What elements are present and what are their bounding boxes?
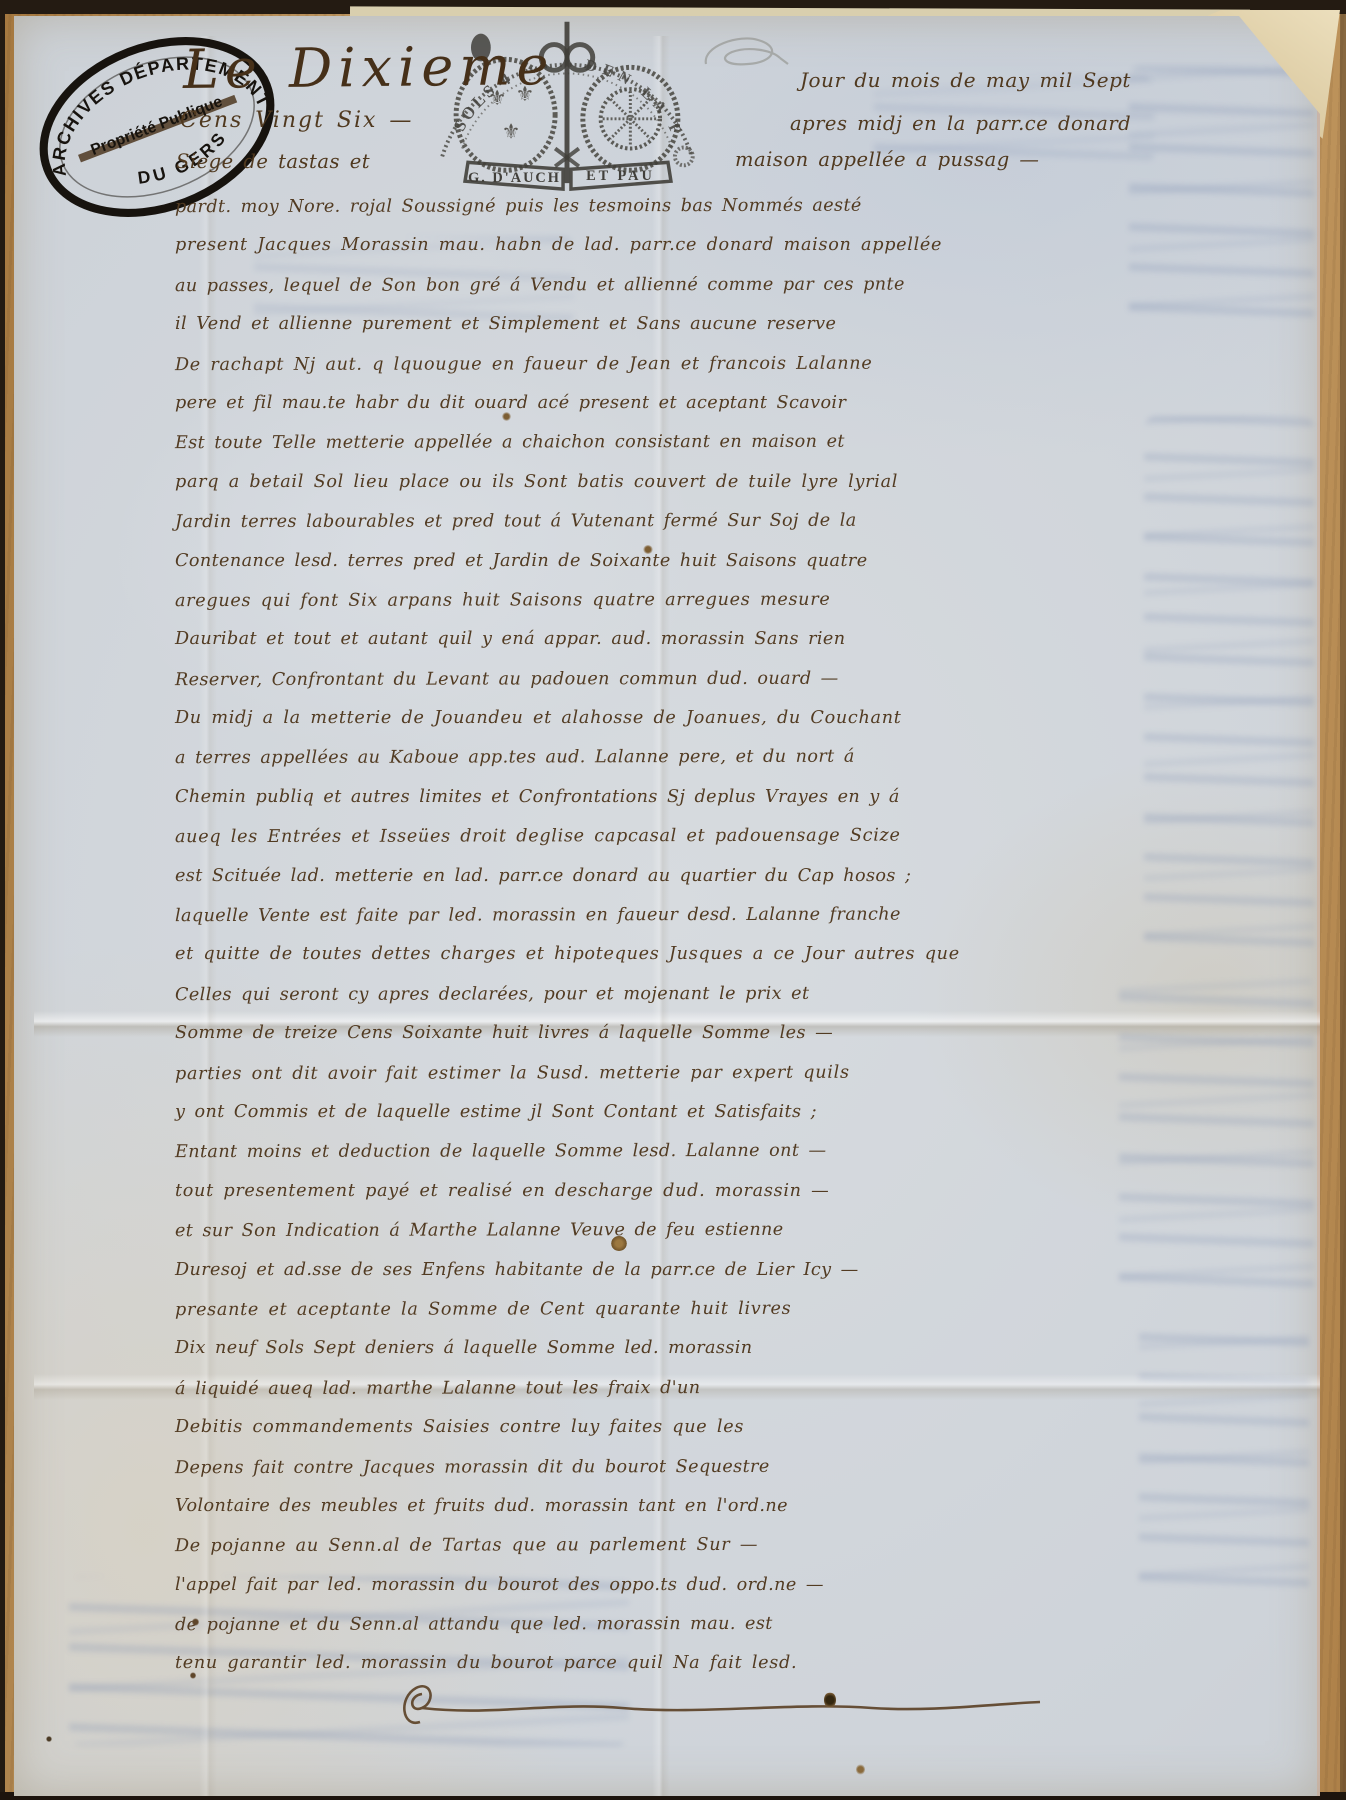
manuscript-line: Est toute Telle metterie appellée a chai… [175,431,1270,473]
scan-frame-left [0,0,5,1800]
fleur-de-lis-icon: ⚜ [502,120,521,144]
paper-hole [824,1692,836,1708]
manuscript-line: pere et fil mau.te habr du dit ouard acé… [175,393,1270,432]
paper-stain [192,1618,199,1626]
opening-line3-left: Siege de tastas et [176,150,370,173]
manuscript-body: pardt. moy Nore. rojal Soussigné puis le… [175,196,1270,1693]
manuscript-line: et sur Son Indication á Marthe Lalanne V… [175,1219,1270,1261]
seal-arc-text-right: DEN LA F [584,57,687,142]
manuscript-line: Duresoj et ad.sse de ses Enfens habitant… [175,1260,1270,1299]
seal-wheel-spokes [603,91,658,146]
paper-stain [46,1736,52,1742]
manuscript-line: Volontaire des meubles et fruits dud. mo… [175,1496,1270,1535]
manuscript-line: Dix neuf Sols Sept deniers á laquelle So… [175,1338,1270,1377]
manuscript-line: Contenance lesd. terres pred et Jardin d… [175,551,1270,590]
manuscript-line: De rachapt Nj aut. q lquougue en faueur … [175,352,1270,394]
manuscript-line: Celles qui seront cy apres declarées, po… [175,983,1270,1025]
manuscript-line: de pojanne et du Senn.al attandu que led… [175,1613,1270,1655]
paper-stain [502,412,511,421]
seal-banner-right-text: ET PAU [586,168,655,184]
manuscript-line: laquelle Vente est faite par led. morass… [175,904,1270,946]
paper-stain [190,1672,196,1679]
manuscript-line: Jardin terres labourables et pred tout á… [175,510,1270,552]
manuscript-line: Du midj a la metterie de Jouandeu et ala… [175,708,1270,747]
manuscript-line: et quitte de toutes dettes charges et hi… [175,944,1270,983]
manuscript-line: pardt. moy Nore. rojal Soussigné puis le… [175,195,1270,237]
manuscript-line: il Vend et allienne purement et Simpleme… [175,314,1270,353]
seal-corner-ornament [675,148,693,166]
manuscript-line: Debitis commandements Saisies contre luy… [175,1417,1270,1456]
svg-text:DEN LA F: DEN LA F [584,57,687,142]
manuscript-line: á liquidé aueq lad. marthe Lalanne tout … [175,1377,1270,1419]
opening-line1-right: Jour du mois de may mil Sept [800,68,1131,92]
manuscript-line: parties ont dit avoir fait estimer la Su… [175,1061,1270,1103]
manuscript-line: parq a betail Sol lieu place ou ils Sont… [175,472,1270,511]
paper-stain [643,545,653,554]
seal-banner-left-text: G. D'AUCH [468,170,561,186]
manuscript-line: aregues qui font Six arpans huit Saisons… [175,589,1270,631]
manuscript-line: Entant moins et deduction de laquelle So… [175,1140,1270,1182]
manuscript-line: Depens fait contre Jacques morassin dit … [175,1455,1270,1497]
fiscal-seal: SOLS 4 DEN LA F ⚜ ⚜ ⚜ G. D'AUCH ET PAU [416,0,718,198]
manuscript-line: Somme de treize Cens Soixante huit livre… [175,1023,1270,1062]
scan-frame-right [1340,0,1346,1800]
opening-line3-right: maison appellée a pussag — [735,148,1039,171]
manuscript-line: tout presentement payé et realisé en des… [175,1181,1270,1220]
manuscript-line: De pojanne au Senn.al de Tartas que au p… [175,1534,1270,1576]
opening-line2-right: apres midj en la parr.ce donard [790,112,1131,135]
manuscript-line: present Jacques Morassin mau. habn de la… [175,235,1270,274]
manuscript-line: Dauribat et tout et autant quil y ená ap… [175,629,1270,668]
paper-stain [611,1236,627,1251]
opening-line2-left: Cens Vingt Six — [180,108,413,133]
paper-stain [856,1764,865,1775]
manuscript-line: y ont Commis et de laquelle estime jl So… [175,1102,1270,1141]
manuscript-line: est Scituée lad. metterie en lad. parr.c… [175,866,1270,905]
manuscript-line: au passes, lequel de Son bon gré á Vendu… [175,274,1270,316]
opening-word-large: Le Dixieme [183,34,555,101]
manuscript-line: aueq les Entrées et Isseües droit deglis… [175,825,1270,867]
manuscript-line: a terres appellées au Kaboue app.tes aud… [175,746,1270,788]
manuscript-line: presante et aceptante la Somme de Cent q… [175,1298,1270,1340]
paraph-flourish [372,1658,1072,1748]
manuscript-line: Reserver, Confrontant du Levant au padou… [175,668,1270,710]
manuscript-line: l'appel fait par led. morassin du bourot… [175,1575,1270,1614]
manuscript-line: Chemin publiq et autres limites et Confr… [175,787,1270,826]
pencil-scribble [688,26,798,86]
